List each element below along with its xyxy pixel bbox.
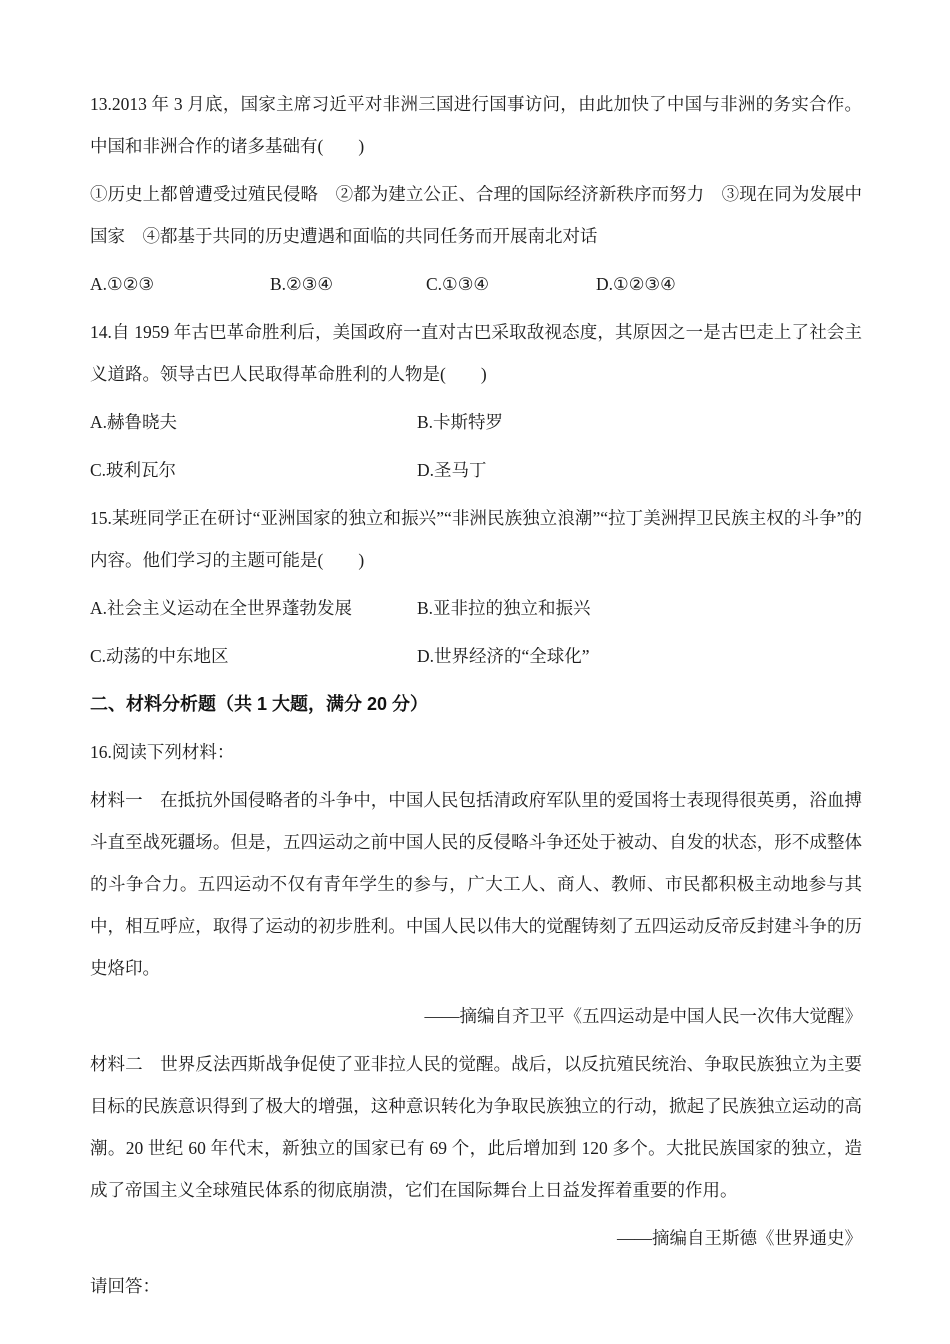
material-1-attribution: ——摘编自齐卫平《五四运动是中国人民一次伟大觉醒》 bbox=[90, 995, 862, 1037]
question-15-stem: 15.某班同学正在研讨“亚洲国家的独立和振兴”“非洲民族独立浪潮”“拉丁美洲捍卫… bbox=[90, 497, 862, 581]
question-15-option-d: D.世界经济的“全球化” bbox=[417, 635, 862, 677]
question-13-numbered-items: ①历史上都曾遭受过殖民侵略 ②都为建立公正、合理的国际经济新秩序而努力 ③现在同… bbox=[90, 173, 862, 257]
question-13-option-c: C.①③④ bbox=[426, 263, 596, 305]
material-2-attribution: ——摘编自王斯德《世界通史》 bbox=[90, 1217, 862, 1259]
question-15-option-c: C.动荡的中东地区 bbox=[90, 635, 417, 677]
question-13-option-b: B.②③④ bbox=[270, 263, 426, 305]
question-13-option-d: D.①②③④ bbox=[596, 263, 862, 305]
question-15-options-row-cd: C.动荡的中东地区 D.世界经济的“全球化” bbox=[90, 635, 862, 677]
material-2-paragraph: 材料二 世界反法西斯战争促使了亚非拉人民的觉醒。战后，以反抗殖民统治、争取民族独… bbox=[90, 1043, 862, 1211]
question-14-options-row-cd: C.玻利瓦尔 D.圣马丁 bbox=[90, 449, 862, 491]
answer-prompt: 请回答： bbox=[90, 1265, 862, 1307]
question-14-option-c: C.玻利瓦尔 bbox=[90, 449, 417, 491]
section-2-heading: 二、材料分析题（共 1 大题，满分 20 分） bbox=[90, 683, 862, 725]
question-14-option-d: D.圣马丁 bbox=[417, 449, 862, 491]
question-15-options-row-ab: A.社会主义运动在全世界蓬勃发展 B.亚非拉的独立和振兴 bbox=[90, 587, 862, 629]
material-1-paragraph: 材料一 在抵抗外国侵略者的斗争中，中国人民包括清政府军队里的爱国将士表现得很英勇… bbox=[90, 779, 862, 989]
question-13-stem: 13.2013 年 3 月底，国家主席习近平对非洲三国进行国事访问，由此加快了中… bbox=[90, 83, 862, 167]
question-14-options-row-ab: A.赫鲁晓夫 B.卡斯特罗 bbox=[90, 401, 862, 443]
document-page: 13.2013 年 3 月底，国家主席习近平对非洲三国进行国事访问，由此加快了中… bbox=[0, 0, 950, 1344]
question-16-intro: 16.阅读下列材料： bbox=[90, 731, 862, 773]
question-15-option-a: A.社会主义运动在全世界蓬勃发展 bbox=[90, 587, 417, 629]
question-14-stem: 14.自 1959 年古巴革命胜利后，美国政府一直对古巴采取敌视态度，其原因之一… bbox=[90, 311, 862, 395]
question-13-options-row: A.①②③ B.②③④ C.①③④ D.①②③④ bbox=[90, 263, 862, 305]
question-15-option-b: B.亚非拉的独立和振兴 bbox=[417, 587, 862, 629]
question-14-option-b: B.卡斯特罗 bbox=[417, 401, 862, 443]
document-content: 13.2013 年 3 月底，国家主席习近平对非洲三国进行国事访问，由此加快了中… bbox=[90, 83, 862, 1313]
question-13-option-a: A.①②③ bbox=[90, 263, 270, 305]
question-14-option-a: A.赫鲁晓夫 bbox=[90, 401, 417, 443]
